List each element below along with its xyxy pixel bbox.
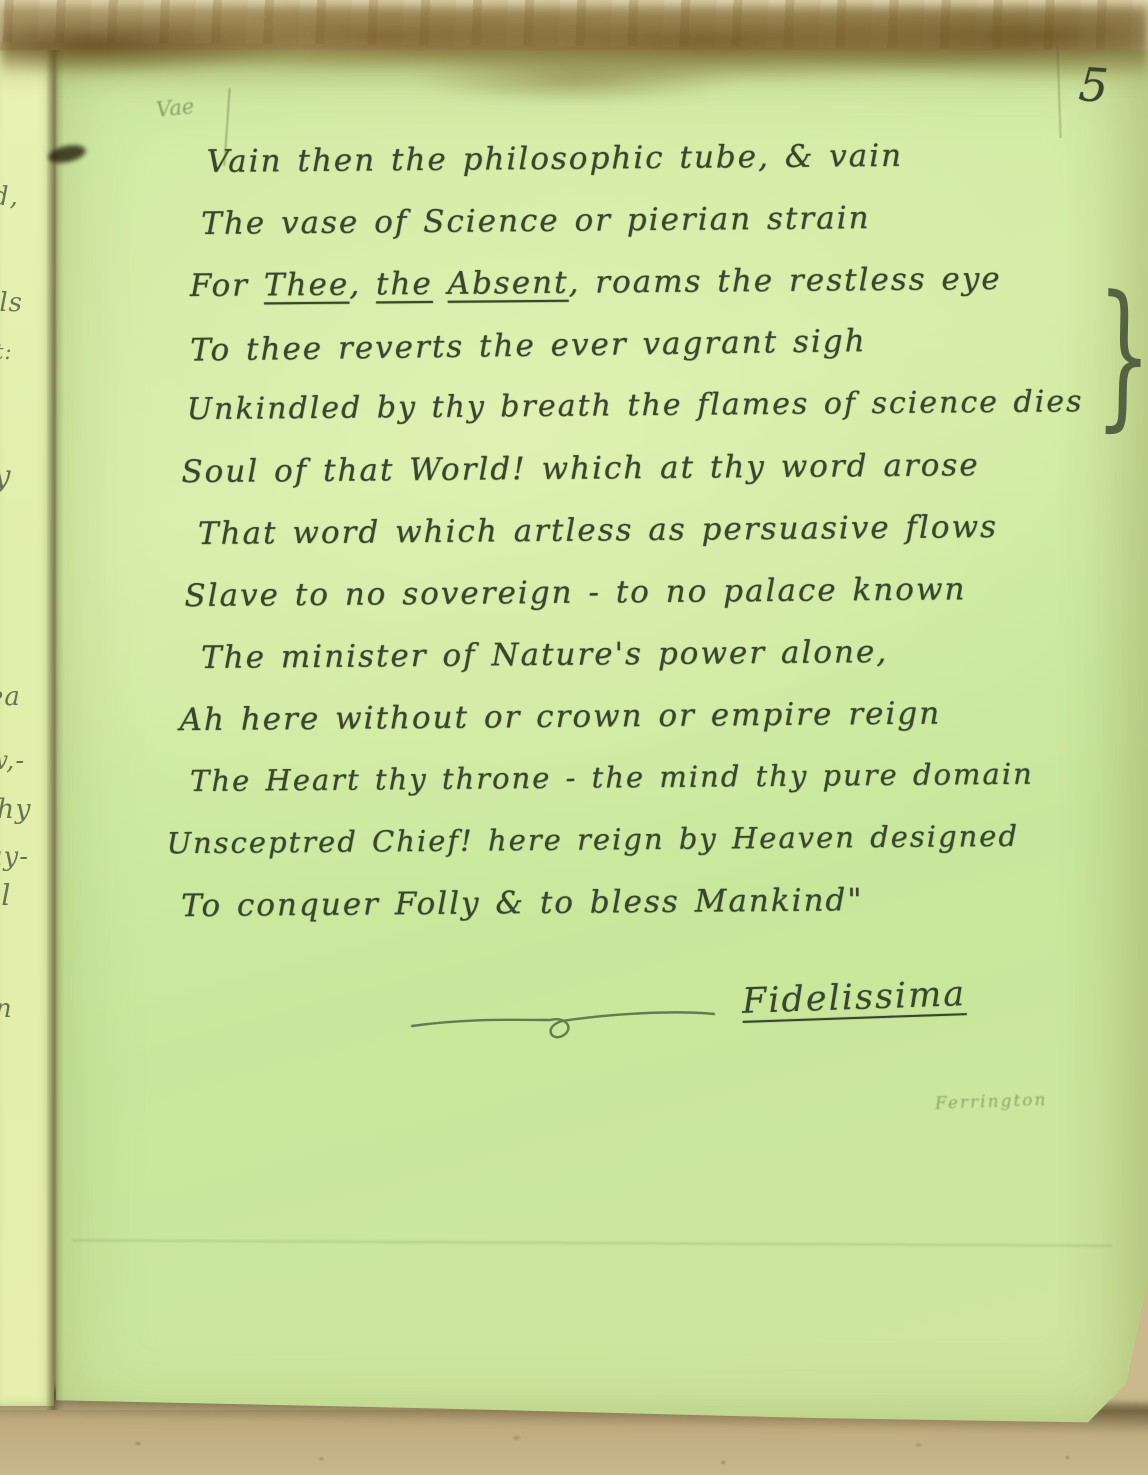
poem-line: The minister of Nature's power alone,: [201, 632, 1148, 702]
poem-line: Soul of that World! which at thy word ar…: [181, 446, 1147, 516]
poem-line: To conquer Folly & to bless Mankind": [181, 880, 1148, 950]
poem-line: Ah here without or crown or empire reign: [179, 694, 1148, 764]
poem-line: Unsceptred Chief! here reign by Heaven d…: [166, 818, 1148, 889]
poem-line: Slave to no sovereign - to no palace kno…: [184, 570, 1148, 640]
paper-crease: [1056, 46, 1061, 138]
poem-line: Unkindled by thy breath the flames of sc…: [187, 384, 1147, 454]
signature: Fidelissima: [741, 974, 966, 1022]
poem-line: For Thee, the Absent, roams the restless…: [190, 260, 1146, 330]
page-content: 5 Vae Vain then the philosophic tube, & …: [0, 0, 1148, 1475]
poem-line: The Heart thy throne - the mind thy pure…: [190, 756, 1148, 826]
manuscript-photo: d,ilst:yeaw,-thyay-lln 5 Vae Vain then t…: [0, 0, 1148, 1475]
poem-line: Vain then the philosophic tube, & vain: [207, 136, 1145, 206]
pencil-annotation: Ferrington: [935, 1090, 1048, 1114]
poem-text: Vain then the philosophic tube, & vainTh…: [159, 136, 1148, 951]
poem-line: The vase of Science or pierian strain: [201, 198, 1145, 268]
faint-fold-line: [72, 1239, 1112, 1246]
poem-line: To thee reverts the ever vagrant sigh: [190, 319, 1146, 394]
grouping-brace: }: [1095, 275, 1148, 436]
corner-ink-mark: Vae: [155, 94, 195, 122]
divider-flourish: [408, 1000, 718, 1046]
page-number: 5: [1077, 57, 1110, 113]
poem-line: That word which artless as persuasive fl…: [198, 508, 1148, 578]
